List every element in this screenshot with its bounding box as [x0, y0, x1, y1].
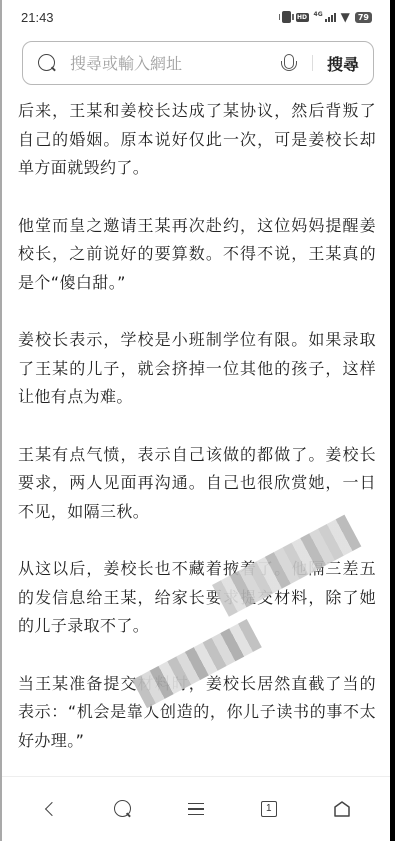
bottom-navigation: 1	[2, 777, 390, 841]
vibrate-icon	[282, 11, 291, 23]
search-button[interactable]: 搜尋	[327, 52, 363, 75]
back-button[interactable]	[30, 789, 70, 829]
tabs-button[interactable]: 1	[249, 789, 289, 829]
status-bar: 21:43 HD 4G ▼ 79	[2, 0, 390, 34]
4g-label: 4G	[314, 11, 323, 18]
address-search-bar[interactable]: 搜尋	[22, 41, 374, 85]
hd-icon: HD	[296, 13, 309, 22]
article-paragraph: 后来，王某和姜校长达成了某协议，然后背叛了自己的婚姻。原本说好仅此一次，可是姜校…	[18, 97, 376, 183]
signal-bars-icon	[325, 13, 336, 22]
wifi-icon: ▼	[341, 11, 350, 23]
home-button[interactable]	[322, 789, 362, 829]
article-body: 后来，王某和姜校长达成了某协议，然后背叛了自己的婚姻。原本说好仅此一次，可是姜校…	[18, 97, 376, 784]
search-icon	[37, 53, 57, 73]
article-paragraph: 王某有点气愤，表示自己该做的都做了。姜校长要求，两人见面再沟通。自己也很欣赏她，…	[18, 441, 376, 527]
microphone-icon[interactable]	[278, 52, 298, 74]
tabs-icon: 1	[261, 801, 277, 817]
menu-icon	[188, 803, 204, 815]
article-paragraph: 从这以后，姜校长也不藏着掖着了。他隔三差五的发信息给王某，给家长要求提交材料，除…	[18, 555, 376, 641]
battery-icon: 79	[355, 12, 372, 23]
search-divider	[312, 55, 313, 71]
nav-search-button[interactable]	[103, 789, 143, 829]
home-icon	[333, 800, 351, 818]
search-input[interactable]	[70, 54, 278, 73]
status-time: 21:43	[21, 10, 54, 25]
article-paragraph: 姜校长表示，学校是小班制学位有限。如果录取了王某的儿子，就会挤掉一位其他的孩子，…	[18, 326, 376, 412]
search-icon	[114, 800, 132, 818]
article-paragraph: 当王某准备提交材料时，姜校长居然直截了当的表示：“机会是靠人创造的，你儿子读书的…	[18, 670, 376, 756]
article-paragraph: 他堂而皇之邀请王某再次赴约，这位妈妈提醒姜校长，之前说好的要算数。不得不说，王某…	[18, 212, 376, 298]
browser-screen: 21:43 HD 4G ▼ 79 搜尋 后来，王某和姜校长达成了某协议，然后背叛…	[0, 0, 390, 841]
menu-button[interactable]	[176, 789, 216, 829]
chevron-left-icon	[45, 802, 59, 816]
status-icons: HD 4G ▼ 79	[282, 11, 373, 23]
